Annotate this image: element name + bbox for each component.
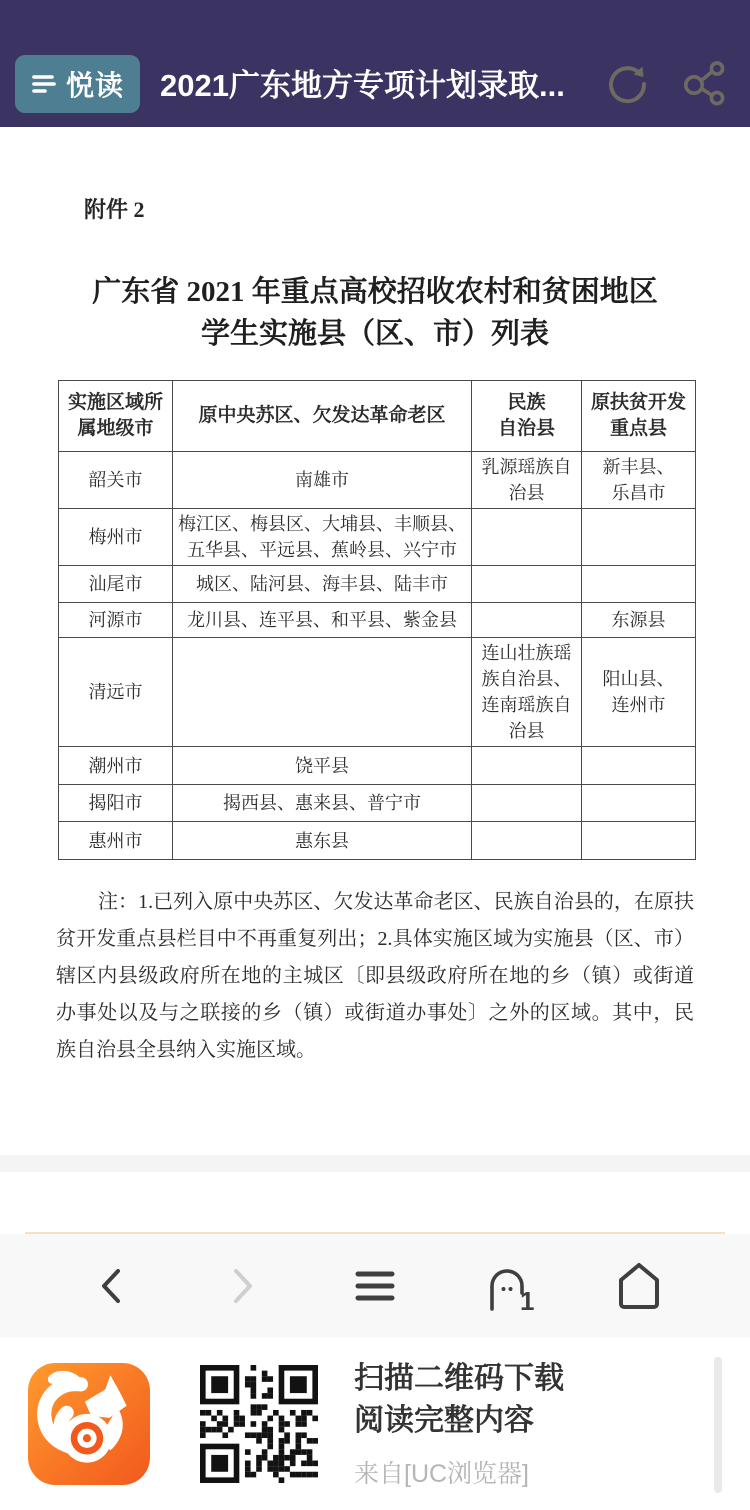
table-cell: 汕尾市 [59, 566, 173, 603]
page-end-strip [0, 1155, 750, 1172]
forward-button[interactable] [208, 1251, 278, 1321]
forward-icon [225, 1262, 261, 1310]
table-row: 揭阳市 揭西县、惠来县、普宁市 [59, 785, 696, 822]
document-title-line2: 学生实施县（区、市）列表 [0, 313, 750, 355]
table-cell [472, 785, 582, 822]
table-cell: 龙川县、连平县、和平县、紫金县 [173, 603, 472, 638]
table-cell [582, 785, 696, 822]
document-title-line1: 广东省 2021 年重点高校招收农村和贫困地区 [0, 271, 750, 313]
reader-mode-label: 悦读 [66, 64, 124, 104]
table-cell: 阳山县、 连州市 [582, 638, 696, 747]
table-cell: 惠东县 [173, 822, 472, 860]
table-row: 梅州市 梅江区、梅县区、大埔县、丰顺县、 五华县、平远县、蕉岭县、兴宁市 [59, 509, 696, 566]
reader-lines-icon [31, 73, 57, 95]
table-cell: 新丰县、 乐昌市 [582, 452, 696, 509]
table-cell: 南雄市 [173, 452, 472, 509]
table-header-row: 实施区域所 属地级市 原中央苏区、欠发达革命老区 民族 自治县 原扶贫开发 重点… [59, 381, 696, 452]
table-row: 惠州市 惠东县 [59, 822, 696, 860]
table-row: 河源市 龙川县、连平县、和平县、紫金县 东源县 [59, 603, 696, 638]
banner-headline-line1: 扫描二维码下载 [354, 1358, 564, 1400]
table-cell: 河源市 [59, 603, 173, 638]
table-cell: 梅州市 [59, 509, 173, 566]
uc-browser-logo [28, 1363, 150, 1485]
banner-source: 来自[UC浏览器] [354, 1454, 564, 1490]
table-cell [582, 509, 696, 566]
uc-download-banner[interactable]: 扫描二维码下载 阅读完整内容 来自[UC浏览器] [0, 1337, 750, 1510]
table-row: 潮州市 饶平县 [59, 747, 696, 785]
reader-mode-button[interactable]: 悦读 [15, 55, 140, 113]
table-cell: 城区、陆河县、海丰县、陆丰市 [173, 566, 472, 603]
table-row: 清远市 连山壮族瑶 族自治县、 连南瑶族自 治县 阳山县、 连州市 [59, 638, 696, 747]
back-button[interactable] [76, 1251, 146, 1321]
table-cell: 东源县 [582, 603, 696, 638]
tab-count: 1 [520, 1286, 534, 1313]
implementation-county-table: 实施区域所 属地级市 原中央苏区、欠发达革命老区 民族 自治县 原扶贫开发 重点… [58, 380, 696, 860]
table-row: 韶关市 南雄市 乳源瑶族自 治县 新丰县、 乐昌市 [59, 452, 696, 509]
table-cell [472, 603, 582, 638]
browser-header-bar: 悦读 2021广东地方专项计划录取... [0, 0, 750, 127]
table-header-cell: 原中央苏区、欠发达革命老区 [173, 381, 472, 452]
table-cell: 揭西县、惠来县、普宁市 [173, 785, 472, 822]
home-button[interactable] [604, 1251, 674, 1321]
table-cell [582, 566, 696, 603]
table-cell: 梅江区、梅县区、大埔县、丰顺县、 五华县、平远县、蕉岭县、兴宁市 [173, 509, 472, 566]
table-cell: 乳源瑶族自 治县 [472, 452, 582, 509]
uc-browser-screen: 悦读 2021广东地方专项计划录取... 附件 2 广东省 2021 年重点高校… [0, 0, 750, 1510]
home-icon [614, 1260, 664, 1312]
table-cell: 饶平县 [173, 747, 472, 785]
table-cell: 韶关市 [59, 452, 173, 509]
table-cell: 惠州市 [59, 822, 173, 860]
table-cell [472, 822, 582, 860]
table-header-cell: 原扶贫开发 重点县 [582, 381, 696, 452]
tabs-button[interactable]: 1 [472, 1251, 542, 1321]
table-header-cell: 民族 自治县 [472, 381, 582, 452]
menu-button[interactable] [340, 1251, 410, 1321]
table-cell: 潮州市 [59, 747, 173, 785]
browser-toolbar: 1 [0, 1234, 750, 1337]
table-cell [472, 509, 582, 566]
attachment-label: 附件 2 [84, 193, 145, 224]
document-title: 广东省 2021 年重点高校招收农村和贫困地区 学生实施县（区、市）列表 [0, 271, 750, 355]
table-cell [173, 638, 472, 747]
qr-code [200, 1365, 318, 1483]
scrollbar-thumb[interactable] [714, 1357, 722, 1493]
page-title[interactable]: 2021广东地方专项计划录取... [160, 60, 604, 105]
table-cell: 清远市 [59, 638, 173, 747]
table-cell: 连山壮族瑶 族自治县、 连南瑶族自 治县 [472, 638, 582, 747]
banner-headline-line2: 阅读完整内容 [354, 1400, 564, 1442]
banner-text: 扫描二维码下载 阅读完整内容 来自[UC浏览器] [354, 1358, 564, 1490]
table-cell [582, 822, 696, 860]
document-note: 注：1.已列入原中央苏区、欠发达革命老区、民族自治县的，在原扶贫开发重点县栏目中… [56, 884, 694, 1069]
menu-icon [353, 1264, 397, 1308]
table-cell [472, 747, 582, 785]
table-cell: 揭阳市 [59, 785, 173, 822]
back-icon [93, 1262, 129, 1310]
table-cell [472, 566, 582, 603]
table-header-cell: 实施区域所 属地级市 [59, 381, 173, 452]
refresh-icon[interactable] [604, 61, 650, 107]
share-icon[interactable] [680, 59, 728, 107]
table-cell [582, 747, 696, 785]
tabs-icon: 1 [480, 1259, 534, 1313]
table-row: 汕尾市 城区、陆河县、海丰县、陆丰市 [59, 566, 696, 603]
